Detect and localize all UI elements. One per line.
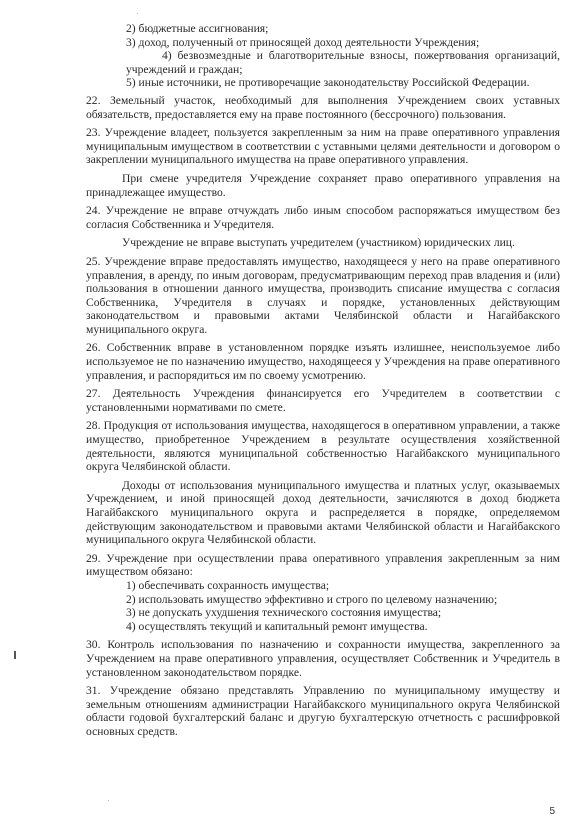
paragraph-23-continued: При смене учредителя Учреждение сохраняе… [86, 172, 560, 199]
list-item: 2) бюджетные ассигнования; [86, 22, 560, 36]
paragraph-26: 26. Собственник вправе в установленном п… [86, 341, 560, 382]
list-item: 3) не допускать ухудшения технического с… [86, 606, 560, 620]
list-item: 4) безвозмездные и благотворительные взн… [86, 49, 560, 76]
list-item: 1) обеспечивать сохранность имущества; [86, 579, 560, 593]
paragraph-29: 29. Учреждение при осуществлении права о… [86, 552, 560, 579]
funding-sources-list: 2) бюджетные ассигнования; 3) доход, пол… [86, 22, 560, 90]
paragraph-23: 23. Учреждение владеет, пользуется закре… [86, 126, 560, 167]
scan-margin-mark [14, 651, 16, 659]
obligations-list: 1) обеспечивать сохранность имущества; 2… [86, 579, 560, 633]
paragraph-25: 25. Учреждение вправе предоставлять имущ… [86, 255, 560, 337]
list-item: 5) иные источники, не противоречащие зак… [86, 76, 560, 90]
paragraph-22: 22. Земельный участок, необходимый для в… [86, 94, 560, 121]
list-item: 2) использовать имущество эффективно и с… [86, 593, 560, 607]
paragraph-28-continued: Доходы от использования муниципального и… [86, 479, 560, 547]
paragraph-31: 31. Учреждение обязано представлять Упра… [86, 684, 560, 738]
document-page: 2) бюджетные ассигнования; 3) доход, пол… [86, 22, 560, 744]
paragraph-24: 24. Учреждение не вправе отчуждать либо … [86, 204, 560, 231]
paragraph-28: 28. Продукция от использования имущества… [86, 419, 560, 473]
list-item: 4) осуществлять текущий и капитальный ре… [86, 620, 560, 634]
list-item: 3) доход, полученный от приносящей доход… [86, 36, 560, 50]
paragraph-24-continued: Учреждение не вправе выступать учредител… [86, 236, 560, 250]
paragraph-30: 30. Контроль использования по назначению… [86, 638, 560, 679]
scan-speck [108, 800, 109, 801]
paragraph-27: 27. Деятельность Учреждения финансируетс… [86, 387, 560, 414]
scan-speck [137, 13, 138, 14]
page-number: 5 [549, 806, 555, 817]
